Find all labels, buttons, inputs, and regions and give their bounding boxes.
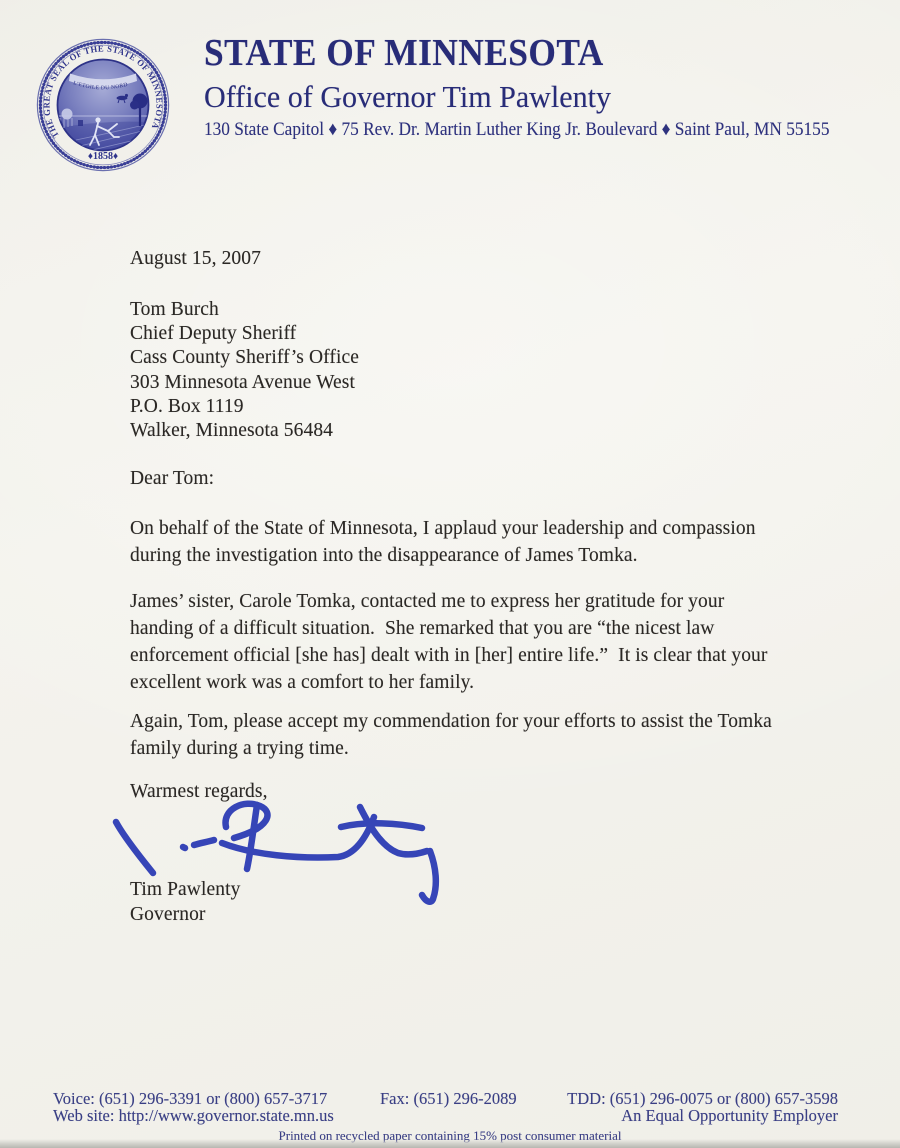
footer-voice: Voice: (651) 296-3391 or (800) 657-3717 [53,1090,334,1107]
scanned-letter-page: THE GREAT SEAL OF THE STATE OF MINNESOTA… [0,0,900,1148]
footer-tdd: TDD: (651) 296-0075 or (800) 657-3598 [567,1090,838,1107]
letterhead-state-name: STATE OF MINNESOTA [204,34,604,72]
signer-title: Governor [130,902,240,927]
signer-name: Tim Pawlenty [130,877,240,902]
body-paragraph: James’ sister, Carole Tomka, contacted m… [130,588,768,696]
footer-fax: Fax: (651) 296-2089 [380,1090,517,1107]
minnesota-state-seal: THE GREAT SEAL OF THE STATE OF MINNESOTA… [36,38,170,172]
signature-block: Tim Pawlenty Governor [130,877,240,928]
letterhead-address: 130 State Capitol ♦ 75 Rev. Dr. Martin L… [204,120,829,141]
seal-stump [78,120,83,126]
seal-sun [62,109,73,120]
body-paragraph: Again, Tom, please accept my commendatio… [130,708,772,762]
footer-eoe: An Equal Opportunity Employer [567,1107,838,1124]
seal-year: ♦1858♦ [88,151,118,162]
body-paragraph: On behalf of the State of Minnesota, I a… [130,515,756,569]
salutation: Dear Tom: [130,465,214,492]
letterhead-office-name: Office of Governor Tim Pawlenty [204,81,611,112]
recipient-address-block: Tom BurchChief Deputy SheriffCass County… [130,298,359,443]
scan-bottom-edge [0,1139,900,1148]
footer-website: Web site: http://www.governor.state.mn.u… [53,1107,334,1124]
date-line: August 15, 2007 [130,245,261,272]
